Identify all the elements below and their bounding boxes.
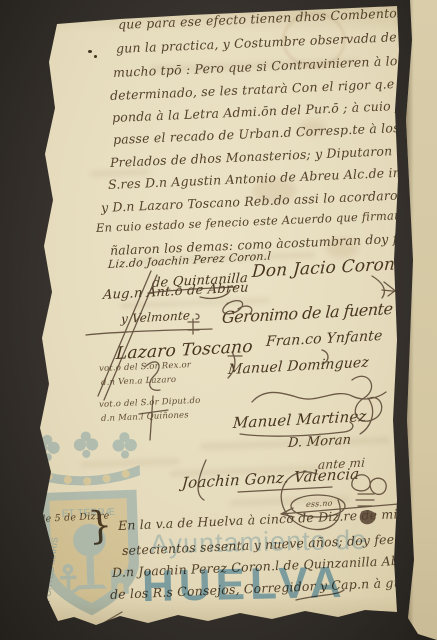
manuscript-page: que para ese efecto tienen dhos Combento… — [0, 0, 437, 640]
manuscript-line: que para ese efecto tienen dhos Combento… — [118, 4, 431, 32]
signature-martinez: Manuel Martinez — [232, 407, 367, 432]
ink-speck — [25, 50, 28, 52]
manuscript-line: gun la practica, y Costumbre observada d… — [116, 29, 397, 56]
manuscript-line: En la v.a de Huelva à cinco de Diz.re de… — [118, 506, 407, 533]
margin-brace: } — [86, 502, 113, 548]
margin-vote-note: vot.o del S.or Diput.do — [99, 396, 201, 410]
photo-background: que para ese efecto tienen dhos Combento… — [0, 0, 437, 640]
manuscript-line: mucho tpō : Pero que si Contravinieren à… — [113, 53, 398, 80]
signature-moran: D. Moran — [287, 433, 351, 451]
ink-speck — [88, 50, 92, 53]
signature-dominguez: Manuel Dominguez — [227, 355, 369, 378]
escribano-abbreviation: ess.no — [306, 499, 333, 509]
margin-vote-note: d.n Ven.a Lazaro — [101, 375, 177, 388]
ink-speck — [12, 102, 15, 105]
margin-vote-note: vot.o del S.or Rex.or — [99, 360, 192, 374]
crown-icon — [33, 430, 141, 488]
shield-motto-left: PORTUS MARIS — [42, 536, 60, 602]
anchor-icon — [58, 565, 79, 594]
margin-vote-note: d.n Man.l Quiñones — [101, 410, 189, 424]
ink-speck — [94, 55, 97, 58]
signature-abreu-line2: y Velmonte — [121, 308, 191, 326]
bleed-mark — [80, 458, 180, 467]
ink-speck — [20, 54, 23, 57]
adjacent-page-edge — [404, 0, 437, 640]
signature-ynfante: Fran.co Ynfante — [265, 328, 383, 350]
